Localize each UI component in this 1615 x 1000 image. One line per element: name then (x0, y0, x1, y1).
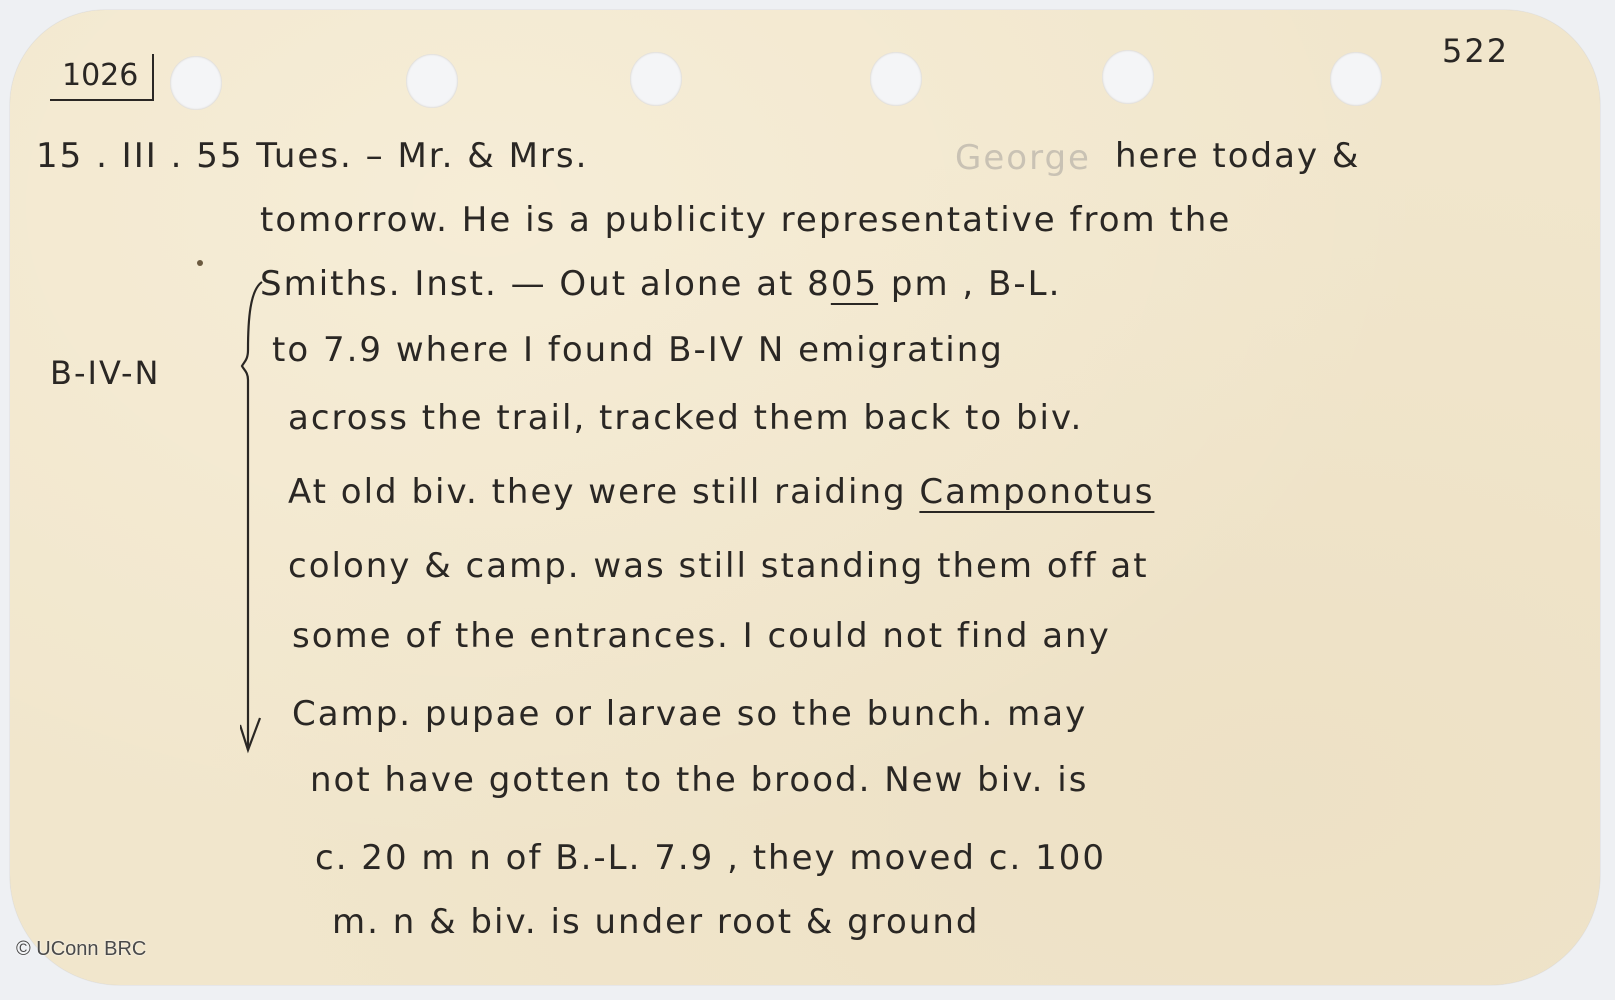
note-line-1-end: here today & (1115, 136, 1360, 176)
note-line-5: across the trail, tracked them back to b… (288, 398, 1083, 438)
page-number: 522 (1442, 32, 1509, 70)
punch-hole (1102, 50, 1154, 104)
punch-hole (1330, 52, 1382, 106)
note-line-12: m. n & biv. is under root & ground (332, 902, 979, 942)
note-line-1: 15 . III . 55 Tues. – Mr. & Mrs. (36, 136, 588, 176)
note-line-9: Camp. pupae or larvae so the bunch. may (292, 694, 1087, 734)
pencil-name: George (955, 138, 1091, 178)
copyright-watermark: © UConn BRC (16, 938, 146, 961)
species-name: Camponotus (919, 472, 1154, 512)
note-line-6: At old biv. they were still raiding Camp… (288, 472, 1154, 512)
entry-date-heading: 15 . III . 55 Tues. – Mr. & Mrs. (36, 136, 588, 176)
index-card: 1026 522 B-IV-N 15 . III . 55 Tues. – Mr… (10, 10, 1600, 985)
catalog-number: 1026 (50, 54, 154, 101)
colony-label: B-IV-N (50, 354, 160, 392)
note-line-7: colony & camp. was still standing them o… (288, 546, 1149, 586)
punch-hole (630, 52, 682, 106)
note-line-2: tomorrow. He is a publicity representati… (260, 200, 1231, 240)
ink-dot (197, 260, 203, 266)
punch-hole (170, 56, 222, 110)
note-line-10: not have gotten to the brood. New biv. i… (310, 760, 1088, 800)
punch-hole (406, 54, 458, 108)
time-minutes: 05 (831, 264, 878, 304)
note-line-3: Smiths. Inst. — Out alone at 805 pm , B-… (260, 264, 1061, 304)
note-line-8: some of the entrances. I could not find … (292, 616, 1111, 656)
note-line-4: to 7.9 where I found B-IV N emigrating (272, 330, 1004, 370)
punch-hole (870, 52, 922, 106)
note-line-11: c. 20 m n of B.-L. 7.9 , they moved c. 1… (315, 838, 1106, 878)
bracket-arrow-icon (240, 280, 266, 760)
